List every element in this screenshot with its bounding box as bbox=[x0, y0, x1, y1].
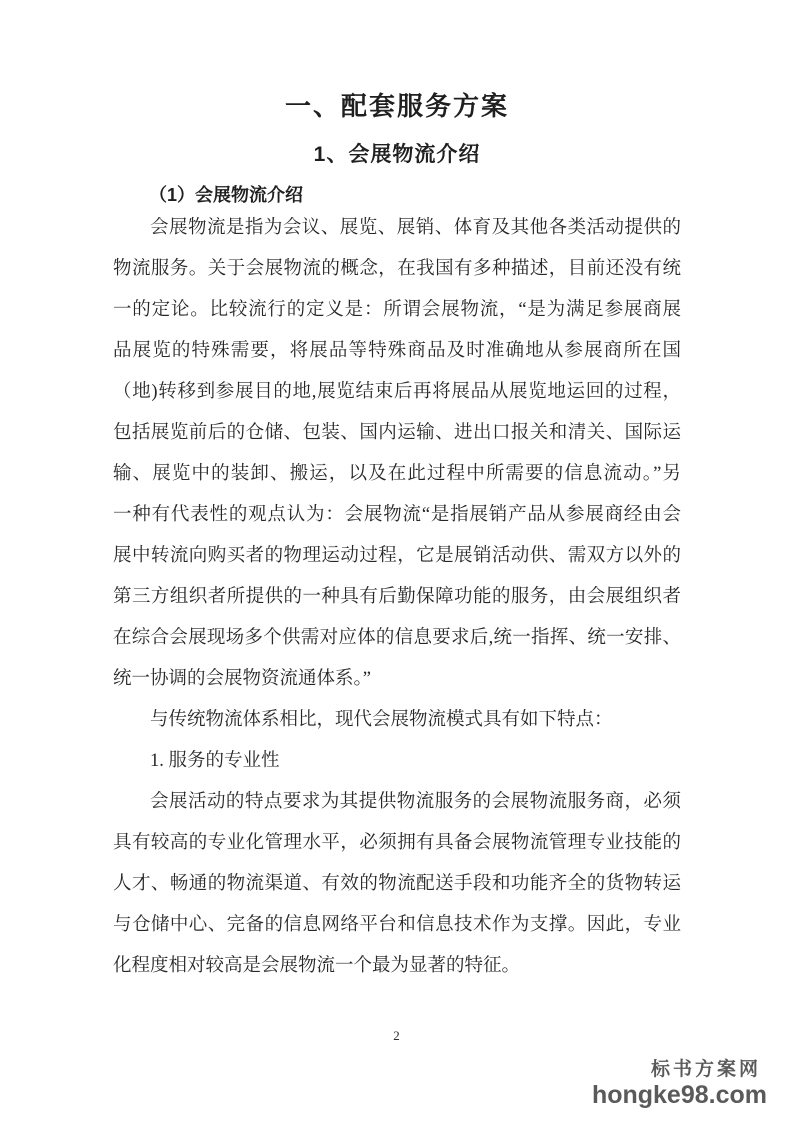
text-line: 展中转流向购买者的物理运动过程，它是展销活动供、需双方以外的 bbox=[113, 536, 681, 577]
text-line: 输、展览中的装卸、搬运，以及在此过程中所需要的信息流动。”另 bbox=[113, 454, 681, 495]
text-line: 会展物流是指为会议、展览、展销、体育及其他各类活动提供的 bbox=[113, 208, 681, 249]
text-line: 在综合会展现场多个供需对应体的信息要求后,统一指挥、统一安排、 bbox=[113, 618, 681, 659]
text-line: 一种有代表性的观点认为：会展物流“是指展销产品从参展商经由会 bbox=[113, 495, 681, 536]
section-heading: （1）会展物流介绍 bbox=[113, 182, 681, 208]
page-footer: 2 bbox=[0, 1028, 793, 1044]
paragraph: 会展活动的特点要求为其提供物流服务的会展物流服务商，必须具有较高的专业化管理水平… bbox=[113, 782, 681, 987]
document-subtitle: 1、会展物流介绍 bbox=[113, 140, 681, 170]
text-line: 会展活动的特点要求为其提供物流服务的会展物流服务商，必须 bbox=[113, 782, 681, 823]
list-item: 1. 服务的专业性 bbox=[113, 741, 681, 782]
text-line: 具有较高的专业化管理水平，必须拥有具备会展物流管理专业技能的 bbox=[113, 823, 681, 864]
document-title: 一、配套服务方案 bbox=[113, 88, 681, 124]
watermark-site-name: 标书方案网 bbox=[592, 1058, 767, 1082]
text-line: （地)转移到参展目的地,展览结束后再将展品从展览地运回的过程， bbox=[113, 372, 681, 413]
page-content: 一、配套服务方案 1、会展物流介绍 （1）会展物流介绍 会展物流是指为会议、展览… bbox=[113, 0, 681, 987]
text-line: 与仓储中心、完备的信息网络平台和信息技术作为支撑。因此，专业 bbox=[113, 905, 681, 946]
watermark-site-url: hongke98.com bbox=[592, 1082, 767, 1109]
document-page: 一、配套服务方案 1、会展物流介绍 （1）会展物流介绍 会展物流是指为会议、展览… bbox=[0, 0, 793, 1122]
text-line: 1. 服务的专业性 bbox=[113, 741, 681, 782]
text-line: 品展览的特殊需要，将展品等特殊商品及时准确地从参展商所在国 bbox=[113, 331, 681, 372]
paragraph: 会展物流是指为会议、展览、展销、体育及其他各类活动提供的物流服务。关于会展物流的… bbox=[113, 208, 681, 700]
text-line: 物流服务。关于会展物流的概念，在我国有多种描述，目前还没有统 bbox=[113, 249, 681, 290]
document-body: 会展物流是指为会议、展览、展销、体育及其他各类活动提供的物流服务。关于会展物流的… bbox=[113, 208, 681, 987]
text-line: 一的定论。比较流行的定义是：所谓会展物流，“是为满足参展商展 bbox=[113, 290, 681, 331]
page-number: 2 bbox=[393, 1028, 400, 1043]
paragraph: 与传统物流体系相比，现代会展物流模式具有如下特点： bbox=[113, 700, 681, 741]
text-line: 与传统物流体系相比，现代会展物流模式具有如下特点： bbox=[113, 700, 681, 741]
text-line: 包括展览前后的仓储、包装、国内运输、进出口报关和清关、国际运 bbox=[113, 413, 681, 454]
text-line: 人才、畅通的物流渠道、有效的物流配送手段和功能齐全的货物转运 bbox=[113, 864, 681, 905]
site-watermark: 标书方案网 hongke98.com bbox=[592, 1058, 767, 1109]
text-line: 第三方组织者所提供的一种具有后勤保障功能的服务，由会展组织者 bbox=[113, 577, 681, 618]
text-line: 化程度相对较高是会展物流一个最为显著的特征。 bbox=[113, 946, 681, 987]
text-line: 统一协调的会展物资流通体系。” bbox=[113, 659, 681, 700]
